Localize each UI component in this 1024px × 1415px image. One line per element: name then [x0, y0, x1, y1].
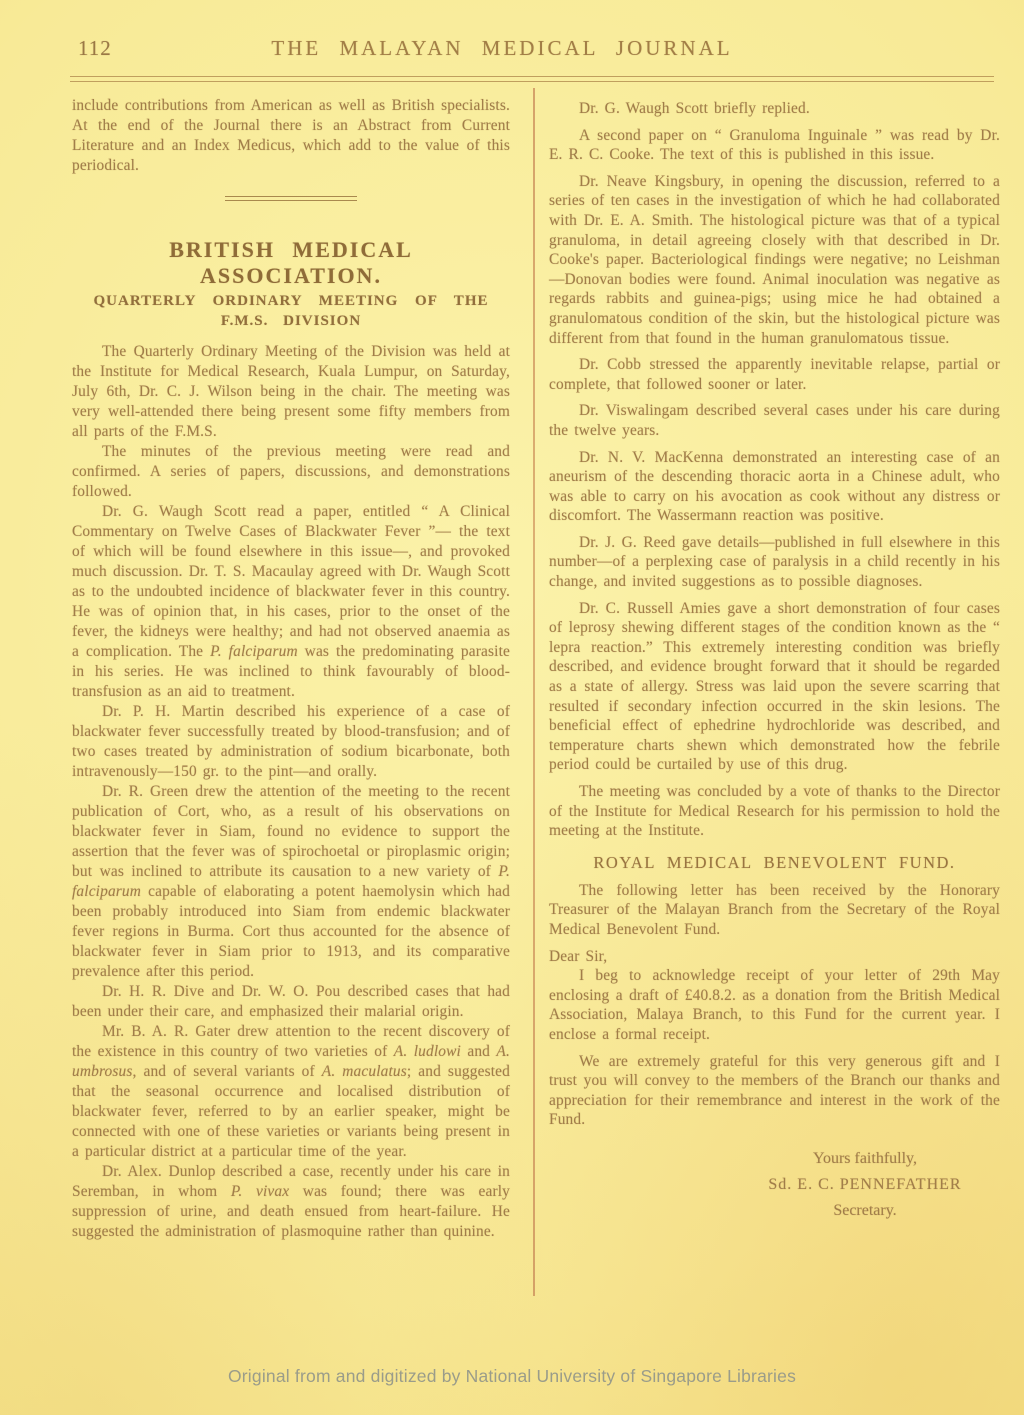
- discussion-paragraph: Dr. Neave Kingsbury, in opening the disc…: [549, 172, 1000, 348]
- letter-signature-role: Secretary.: [721, 1198, 1009, 1224]
- header-rule: [70, 76, 994, 82]
- section-title: BRITISH MEDICAL ASSOCIATION.: [72, 237, 510, 289]
- fund-intro-paragraph: The following letter has been received b…: [549, 881, 1000, 940]
- fund-section-title: ROYAL MEDICAL BENEVOLENT FUND.: [549, 853, 1000, 873]
- section-subtitle-line1: QUARTERLY ORDINARY MEETING OF THE: [72, 293, 510, 310]
- right-column: Dr. G. Waugh Scott briefly replied. A se…: [549, 99, 1000, 1224]
- meeting-paragraph: Mr. B. A. R. Gater drew attention to the…: [72, 1022, 510, 1162]
- letter-closing-block: Yours faithfully, Sd. E. C. PENNEFATHER …: [721, 1146, 1009, 1224]
- letter-signature: Sd. E. C. PENNEFATHER: [721, 1172, 1009, 1198]
- letter-paragraph: I beg to acknowledge receipt of your let…: [549, 966, 1000, 1044]
- digitization-footer: Original from and digitized by National …: [0, 1366, 1024, 1387]
- journal-page: 112 THE MALAYAN MEDICAL JOURNAL include …: [0, 0, 1024, 1415]
- meeting-paragraph: Dr. Alex. Dunlop described a case, recen…: [72, 1162, 510, 1242]
- left-column: include contributions from American as w…: [72, 96, 510, 1242]
- section-divider-rule: [225, 196, 357, 201]
- discussion-paragraph: Dr. G. Waugh Scott briefly replied.: [549, 99, 1000, 119]
- letter-salutation: Dear Sir,: [549, 947, 1000, 967]
- letter-closing: Yours faithfully,: [721, 1146, 1009, 1172]
- discussion-paragraph: Dr. J. G. Reed gave details—published in…: [549, 533, 1000, 592]
- discussion-paragraph: A second paper on “ Granuloma Inguinale …: [549, 126, 1000, 165]
- meeting-paragraph: Dr. R. Green drew the attention of the m…: [72, 782, 510, 982]
- journal-title: THE MALAYAN MEDICAL JOURNAL: [0, 36, 1004, 61]
- discussion-paragraph: Dr. N. V. MacKenna demonstrated an inter…: [549, 448, 1000, 526]
- column-divider-rule: [533, 88, 535, 1296]
- meeting-paragraph: Dr. H. R. Dive and Dr. W. O. Pou describ…: [72, 982, 510, 1022]
- discussion-paragraph: The meeting was concluded by a vote of t…: [549, 782, 1000, 841]
- section-subtitle-line2: F.M.S. DIVISION: [72, 313, 510, 330]
- meeting-paragraph: Dr. P. H. Martin described his experienc…: [72, 702, 510, 782]
- letter-paragraph: We are extremely grateful for this very …: [549, 1052, 1000, 1130]
- discussion-paragraph: Dr. Viswalingam described several cases …: [549, 401, 1000, 440]
- meeting-paragraph: The Quarterly Ordinary Meeting of the Di…: [72, 342, 510, 442]
- discussion-paragraph: Dr. Cobb stressed the apparently inevita…: [549, 355, 1000, 394]
- meeting-paragraph: Dr. G. Waugh Scott read a paper, entitle…: [72, 502, 510, 702]
- meeting-paragraph: The minutes of the previous meeting were…: [72, 442, 510, 502]
- continuation-paragraph: include contributions from American as w…: [72, 96, 510, 176]
- discussion-paragraph: Dr. C. Russell Amies gave a short demons…: [549, 599, 1000, 775]
